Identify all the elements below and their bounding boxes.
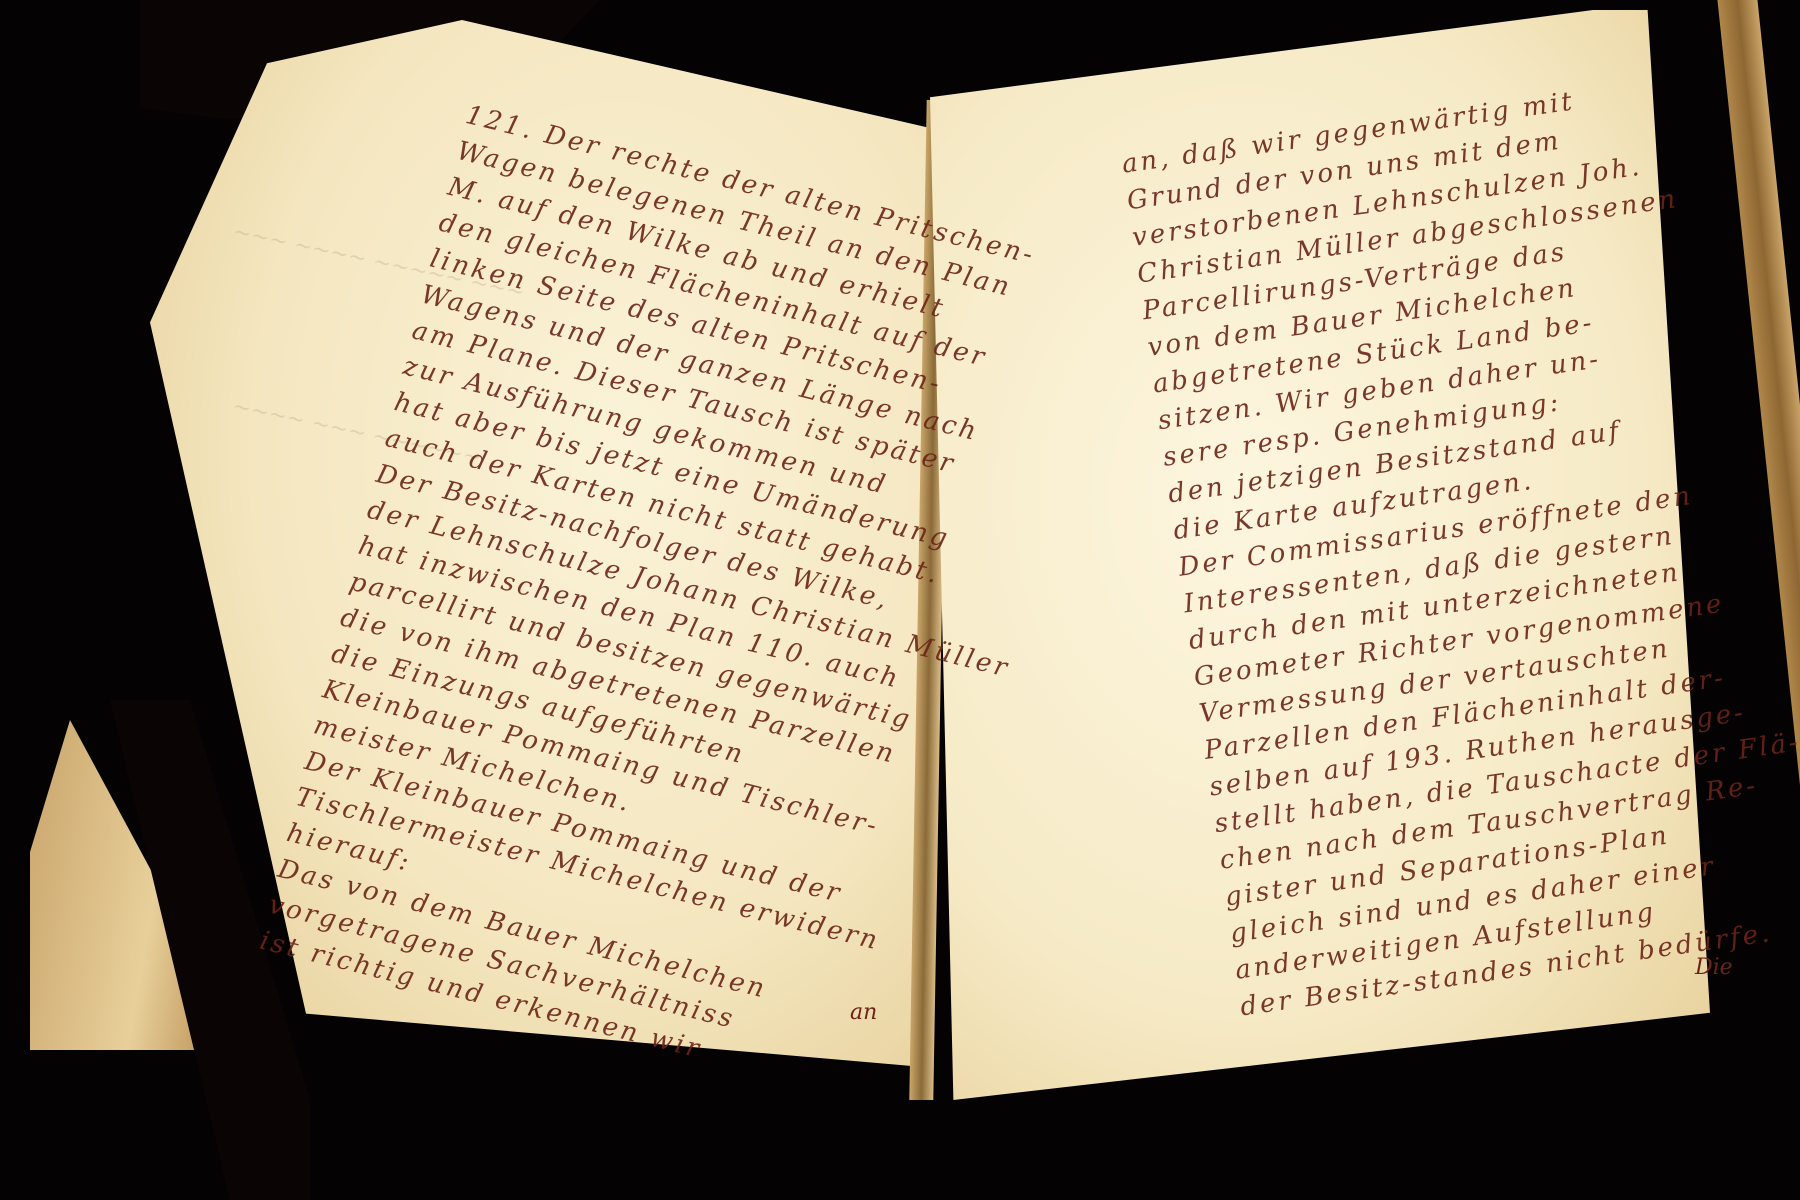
book-fore-edge-right	[1717, 0, 1800, 1000]
right-catchword: Die	[1695, 955, 1733, 980]
photo-scene: ~~~ ~~~~ ~~~~~ ~~~ ~~~~ ~~~ ~~~~~~ 121. …	[0, 0, 1800, 1200]
left-catchword: an	[850, 1000, 877, 1025]
